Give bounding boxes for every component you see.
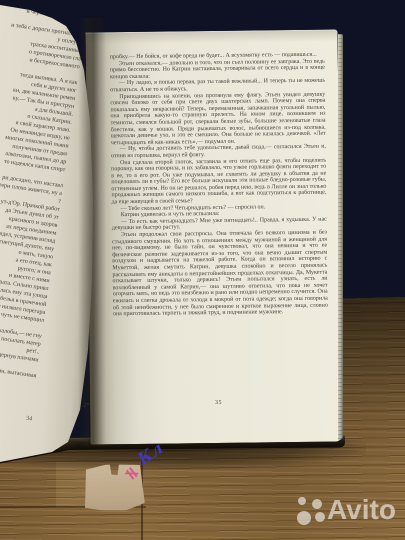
watermark-label: Avito: [327, 496, 396, 524]
logo-circle-small: [298, 497, 306, 505]
avito-logo-icon: [286, 492, 326, 528]
right-page-text: пробку.— Не бойся, от кофе вреда не буде…: [110, 52, 328, 318]
signature-mark: 2*: [83, 403, 90, 409]
paragraph: Приподнявшись на колени, она протянула е…: [110, 91, 326, 146]
paragraph: Она сделала второй глоток, заставила и е…: [111, 157, 327, 206]
left-page-text: трела на Этьена. Должно быв черные усики…: [0, 0, 88, 380]
right-book-page: пробку.— Не бойся, от кофе вреда не буде…: [85, 29, 342, 444]
logo-circle-right: [315, 512, 325, 522]
page-fore-edge: [338, 34, 343, 440]
right-page-number: 35: [215, 400, 222, 406]
logo-circle-medium: [312, 499, 322, 509]
logo-circle-large: [297, 511, 311, 525]
avito-watermark: Avito: [286, 492, 405, 532]
paragraph: Этьен продолжал свои расспросы. Она отве…: [112, 230, 328, 318]
book-listing-photo: пробку.— Не бойся, от кофе вреда не буде…: [0, 0, 405, 540]
left-page-number: 34: [26, 416, 33, 423]
